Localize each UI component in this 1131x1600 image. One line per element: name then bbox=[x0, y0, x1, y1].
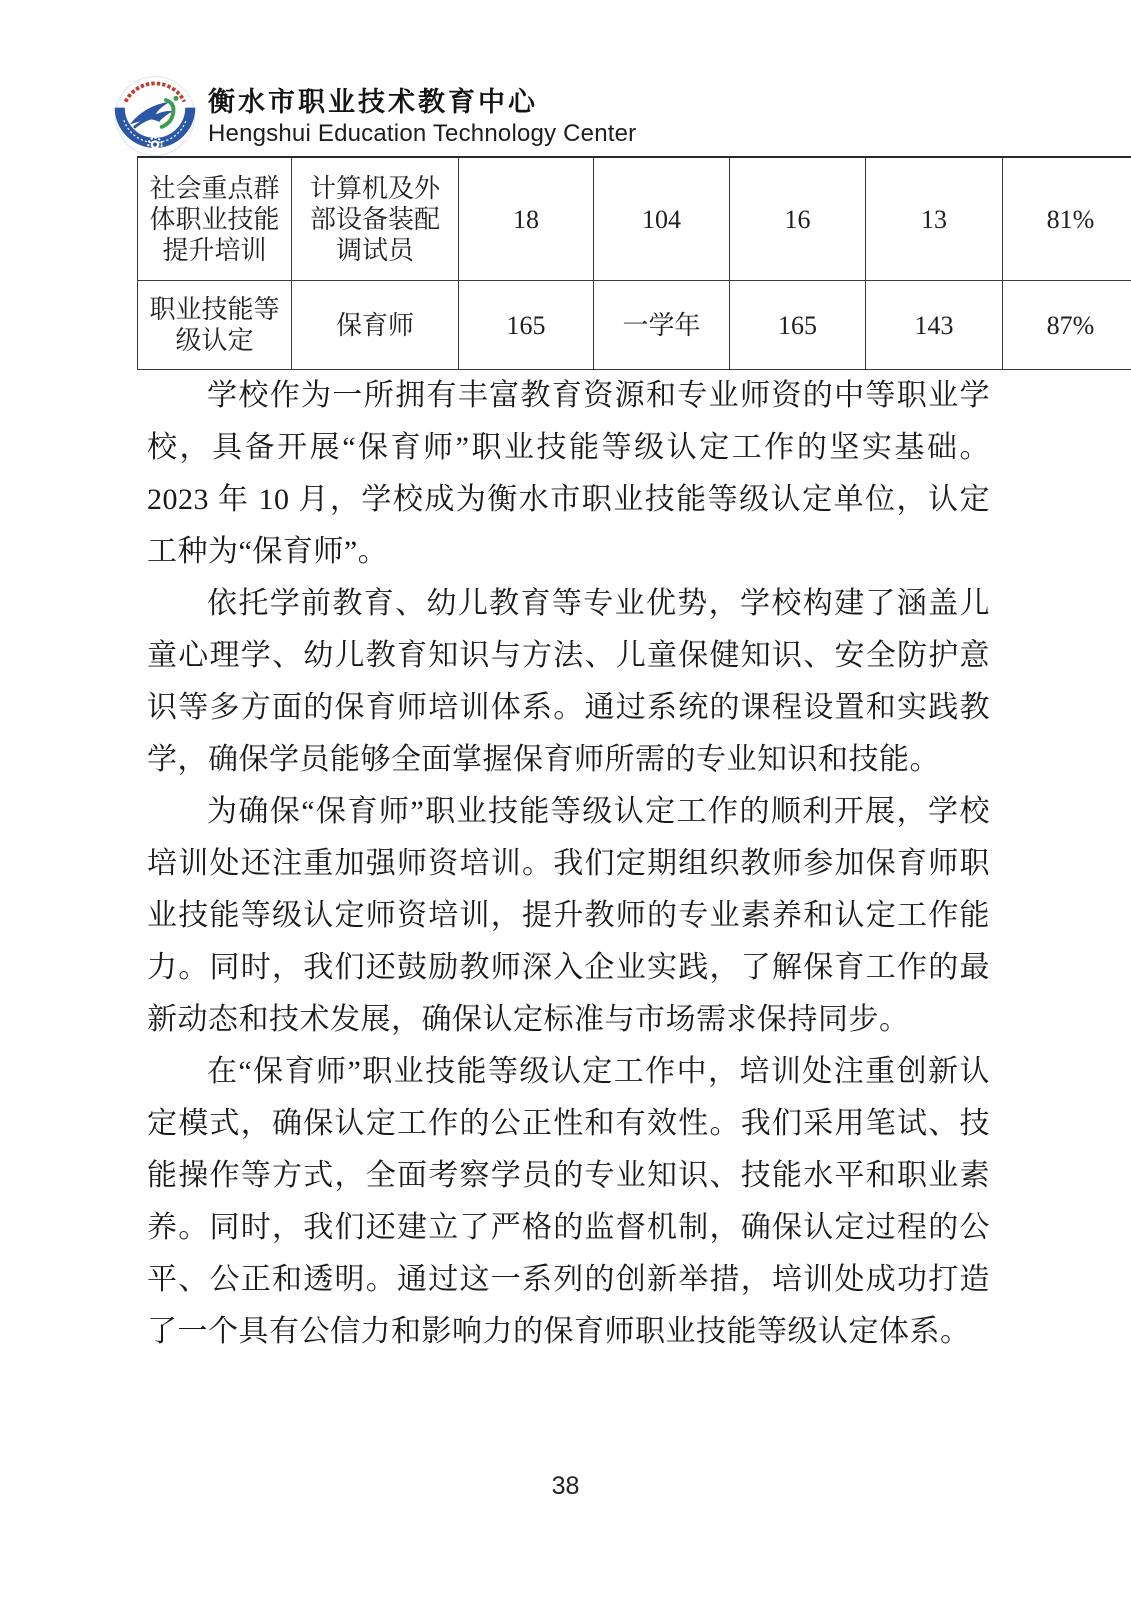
page-footer: 38 bbox=[0, 1472, 1131, 1501]
cell-occupation: 保育师 bbox=[292, 281, 459, 370]
org-name-en: Hengshui Education Technology Center bbox=[208, 120, 636, 148]
cell-value: 18 bbox=[459, 157, 594, 281]
org-name-cn: 衡水市职业技术教育中心 bbox=[208, 87, 636, 117]
cell-percent: 81% bbox=[1003, 157, 1131, 281]
paragraph: 为确保“保育师”职业技能等级认定工作的顺利开展，学校培训处还注重加强师资培训。我… bbox=[147, 786, 990, 1046]
document-body: 学校作为一所拥有丰富教育资源和专业师资的中等职业学校，具备开展“保育师”职业技能… bbox=[147, 370, 990, 1358]
page-number: 38 bbox=[552, 1472, 580, 1500]
table-row: 职业技能等级认定 保育师 165 一学年 165 143 87% bbox=[138, 281, 1131, 370]
cell-value: 165 bbox=[459, 281, 594, 370]
cell-value: 13 bbox=[866, 157, 1003, 281]
cell-project: 职业技能等级认定 bbox=[138, 281, 292, 370]
cell-occupation: 计算机及外部设备装配调试员 bbox=[292, 157, 459, 281]
cell-project: 社会重点群体职业技能提升培训 bbox=[138, 157, 292, 281]
cell-value: 16 bbox=[730, 157, 866, 281]
cell-value: 一学年 bbox=[594, 281, 730, 370]
page-header: 衡水市职业技术教育中心 Hengshui Education Technolog… bbox=[112, 74, 636, 158]
cell-value: 165 bbox=[730, 281, 866, 370]
paragraph: 在“保育师”职业技能等级认定工作中，培训处注重创新认定模式，确保认定工作的公正性… bbox=[147, 1046, 990, 1358]
paragraph: 依托学前教育、幼儿教育等专业优势，学校构建了涵盖儿童心理学、幼儿教育知识与方法、… bbox=[147, 578, 990, 786]
table-row: 社会重点群体职业技能提升培训 计算机及外部设备装配调试员 18 104 16 1… bbox=[138, 157, 1131, 281]
document-page: 衡水市职业技术教育中心 Hengshui Education Technolog… bbox=[0, 0, 1131, 1600]
cell-value: 104 bbox=[594, 157, 730, 281]
cell-percent: 87% bbox=[1003, 281, 1131, 370]
org-titles: 衡水市职业技术教育中心 Hengshui Education Technolog… bbox=[208, 74, 636, 148]
paragraph: 学校作为一所拥有丰富教育资源和专业师资的中等职业学校，具备开展“保育师”职业技能… bbox=[147, 370, 990, 578]
training-results-table: 社会重点群体职业技能提升培训 计算机及外部设备装配调试员 18 104 16 1… bbox=[137, 156, 1131, 370]
school-logo-icon bbox=[112, 74, 198, 158]
cell-value: 143 bbox=[866, 281, 1003, 370]
